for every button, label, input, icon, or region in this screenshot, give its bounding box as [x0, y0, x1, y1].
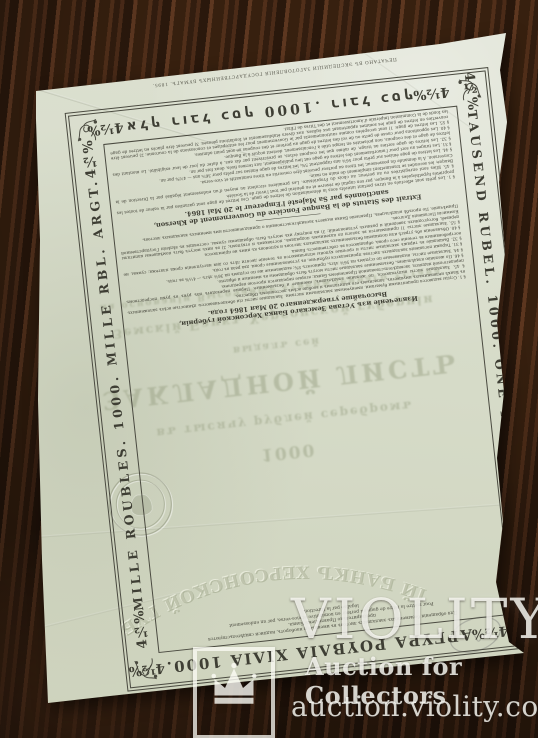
rate-label: 4½% — [471, 622, 509, 642]
inner-frame: Для обращенія безыменныхъ закладныхъ лис… — [103, 106, 512, 653]
document-anchor: 1000въ тысячу рублей серебромъЗАКЛАДНОЙ … — [36, 38, 538, 708]
bond-sheet: 1000въ тысячу рублей серебромъЗАКЛАДНОЙ … — [0, 0, 538, 738]
rate-label: 4½% — [515, 568, 535, 608]
rate-label: 4½% — [87, 119, 125, 139]
rate-label: 4½% — [413, 83, 451, 103]
corner-ornament — [512, 611, 538, 644]
statute-content: Для обращенія безыменныхъ закладныхъ лис… — [109, 109, 501, 647]
photo-background: 1000въ тысячу рублей серебромъЗАКЛАДНОЙ … — [0, 0, 538, 738]
blank-middle — [130, 296, 500, 624]
rate-label: 4½% — [80, 139, 100, 179]
bond-sheet-wrap: 1000въ тысячу рублей серебромъЗАКЛАДНОЙ … — [0, 0, 538, 738]
ornamental-frame: 4½% ΑΡΓΥΡΑ ΡΟΥΒΛΙΑ ΧΙΛΙΑ 1000. 4½% 4½% א… — [65, 67, 538, 692]
rate-label: 4½% — [131, 610, 151, 650]
rate-label: 4½% — [128, 659, 166, 679]
bond-document: 4½% ΑΡΓΥΡΑ ΡΟΥΒΛΙΑ ΧΙΛΙΑ 1000. 4½% 4½% א… — [36, 38, 538, 708]
